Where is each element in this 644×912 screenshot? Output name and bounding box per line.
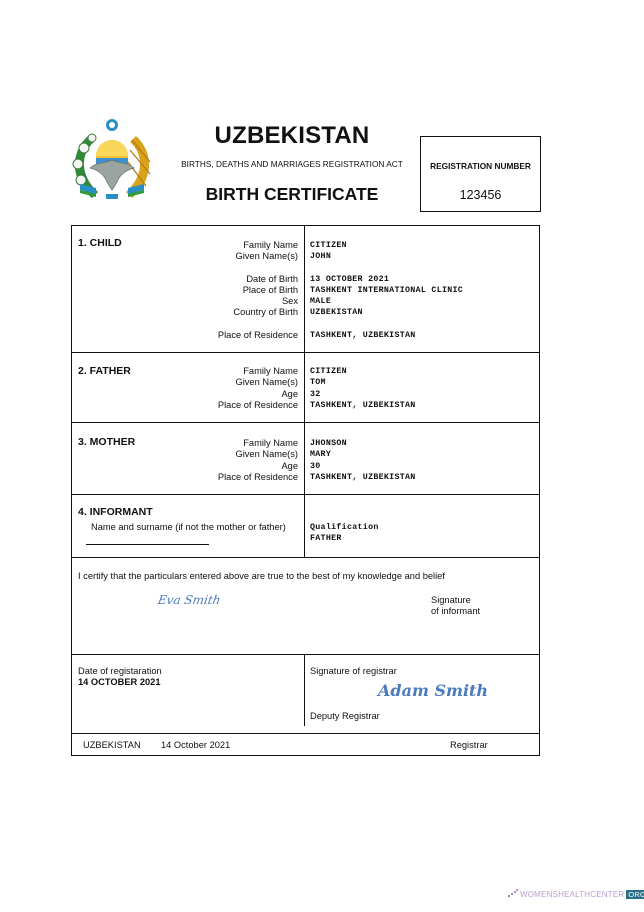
mother-labels: Family Name Given Name(s) Age Place of R… [218, 438, 298, 483]
document-title: BIRTH CERTIFICATE [170, 184, 414, 205]
section-heading-mother: 3. MOTHER [78, 436, 135, 448]
registration-divider [304, 654, 305, 726]
child-values: CITIZEN JOHN 13 OCTOBER 2021 TASHKENT IN… [310, 240, 463, 341]
child-sex: MALE [310, 296, 463, 307]
date-of-registration-label: Date of registaration [78, 666, 162, 676]
qualification-value: FATHER [310, 533, 379, 544]
label-age: Age [218, 389, 298, 400]
section-heading-father: 2. FATHER [78, 365, 131, 377]
informant-name-line [86, 544, 209, 545]
registration-act: BIRTHS, DEATHS AND MARRIAGES REGISTRATIO… [160, 159, 424, 169]
uzbekistan-coat-of-arms-icon [66, 114, 158, 206]
divider [72, 733, 539, 734]
mother-age: 30 [310, 461, 416, 472]
registrar-signature: Adam Smith [378, 681, 488, 700]
divider [72, 352, 539, 353]
divider [72, 557, 539, 558]
watermark-text: WOMENSHEALTHCENTER [520, 890, 624, 899]
child-place-of-birth: TASHKENT INTERNATIONAL CLINIC [310, 285, 463, 296]
registration-number-value: 123456 [421, 188, 540, 202]
informant-values: Qualification FATHER [310, 522, 379, 545]
registration-number-box: REGISTRATION NUMBER 123456 [420, 136, 541, 212]
father-family-name: CITIZEN [310, 366, 416, 377]
registrar-signature-label: Signature of registrar [310, 666, 397, 676]
father-given-names: TOM [310, 377, 416, 388]
signature-label-line1: Signature [431, 595, 480, 606]
signature-label-line2: of informant [431, 606, 480, 617]
child-given-names: JOHN [310, 251, 463, 262]
label-place-of-residence: Place of Residence [218, 472, 298, 483]
child-labels: Family Name Given Name(s) Date of Birth … [218, 240, 298, 341]
label-place-of-residence: Place of Residence [218, 400, 298, 411]
divider [72, 494, 539, 495]
label-sex: Sex [218, 296, 298, 307]
date-of-registration-value: 14 OCTOBER 2021 [78, 677, 161, 687]
section-heading-informant: 4. INFORMANT [78, 506, 153, 518]
certificate-form: 1. CHILD Family Name Given Name(s) Date … [71, 225, 540, 756]
father-place-of-residence: TASHKENT, UZBEKISTAN [310, 400, 416, 411]
divider [72, 654, 539, 655]
certification-statement: I certify that the particulars entered a… [78, 571, 445, 581]
label-place-of-birth: Place of Birth [218, 285, 298, 296]
section-heading-child: 1. CHILD [78, 237, 122, 249]
label-given-names: Given Name(s) [218, 449, 298, 460]
mother-family-name: JHONSON [310, 438, 416, 449]
child-country-of-birth: UZBEKISTAN [310, 307, 463, 318]
informant-name-label: Name and surname (if not the mother or f… [91, 522, 286, 532]
footer-date: 14 October 2021 [161, 740, 230, 750]
father-values: CITIZEN TOM 32 TASHKENT, UZBEKISTAN [310, 366, 416, 411]
child-family-name: CITIZEN [310, 240, 463, 251]
footer-country: UZBEKISTAN [83, 740, 141, 750]
mother-values: JHONSON MARY 30 TASHKENT, UZBEKISTAN [310, 438, 416, 483]
watermark-suffix: ORG [626, 890, 644, 899]
label-given-names: Given Name(s) [218, 377, 298, 388]
country-title: UZBEKISTAN [170, 122, 414, 150]
watermark-dots-icon [508, 889, 518, 897]
registrar-title: Deputy Registrar [310, 711, 380, 721]
divider [72, 422, 539, 423]
signature-of-informant-label: Signature of informant [431, 595, 480, 617]
child-place-of-residence: TASHKENT, UZBEKISTAN [310, 330, 463, 341]
registration-number-label: REGISTRATION NUMBER [421, 161, 540, 171]
footer-role: Registrar [450, 740, 488, 750]
informant-signature: Eva Smith [157, 593, 222, 607]
watermark: WOMENSHEALTHCENTERORG [508, 889, 644, 899]
father-age: 32 [310, 389, 416, 400]
mother-given-names: MARY [310, 449, 416, 460]
label-given-names: Given Name(s) [218, 251, 298, 262]
label-age: Age [218, 461, 298, 472]
label-family-name: Family Name [218, 366, 298, 377]
label-place-of-residence: Place of Residence [218, 330, 298, 341]
father-labels: Family Name Given Name(s) Age Place of R… [218, 366, 298, 411]
label-country-of-birth: Country of Birth [218, 307, 298, 318]
qualification-label: Qualification [310, 522, 379, 533]
column-divider [304, 226, 305, 557]
label-date-of-birth: Date of Birth [218, 274, 298, 285]
child-date-of-birth: 13 OCTOBER 2021 [310, 274, 463, 285]
mother-place-of-residence: TASHKENT, UZBEKISTAN [310, 472, 416, 483]
label-family-name: Family Name [218, 438, 298, 449]
label-family-name: Family Name [218, 240, 298, 251]
